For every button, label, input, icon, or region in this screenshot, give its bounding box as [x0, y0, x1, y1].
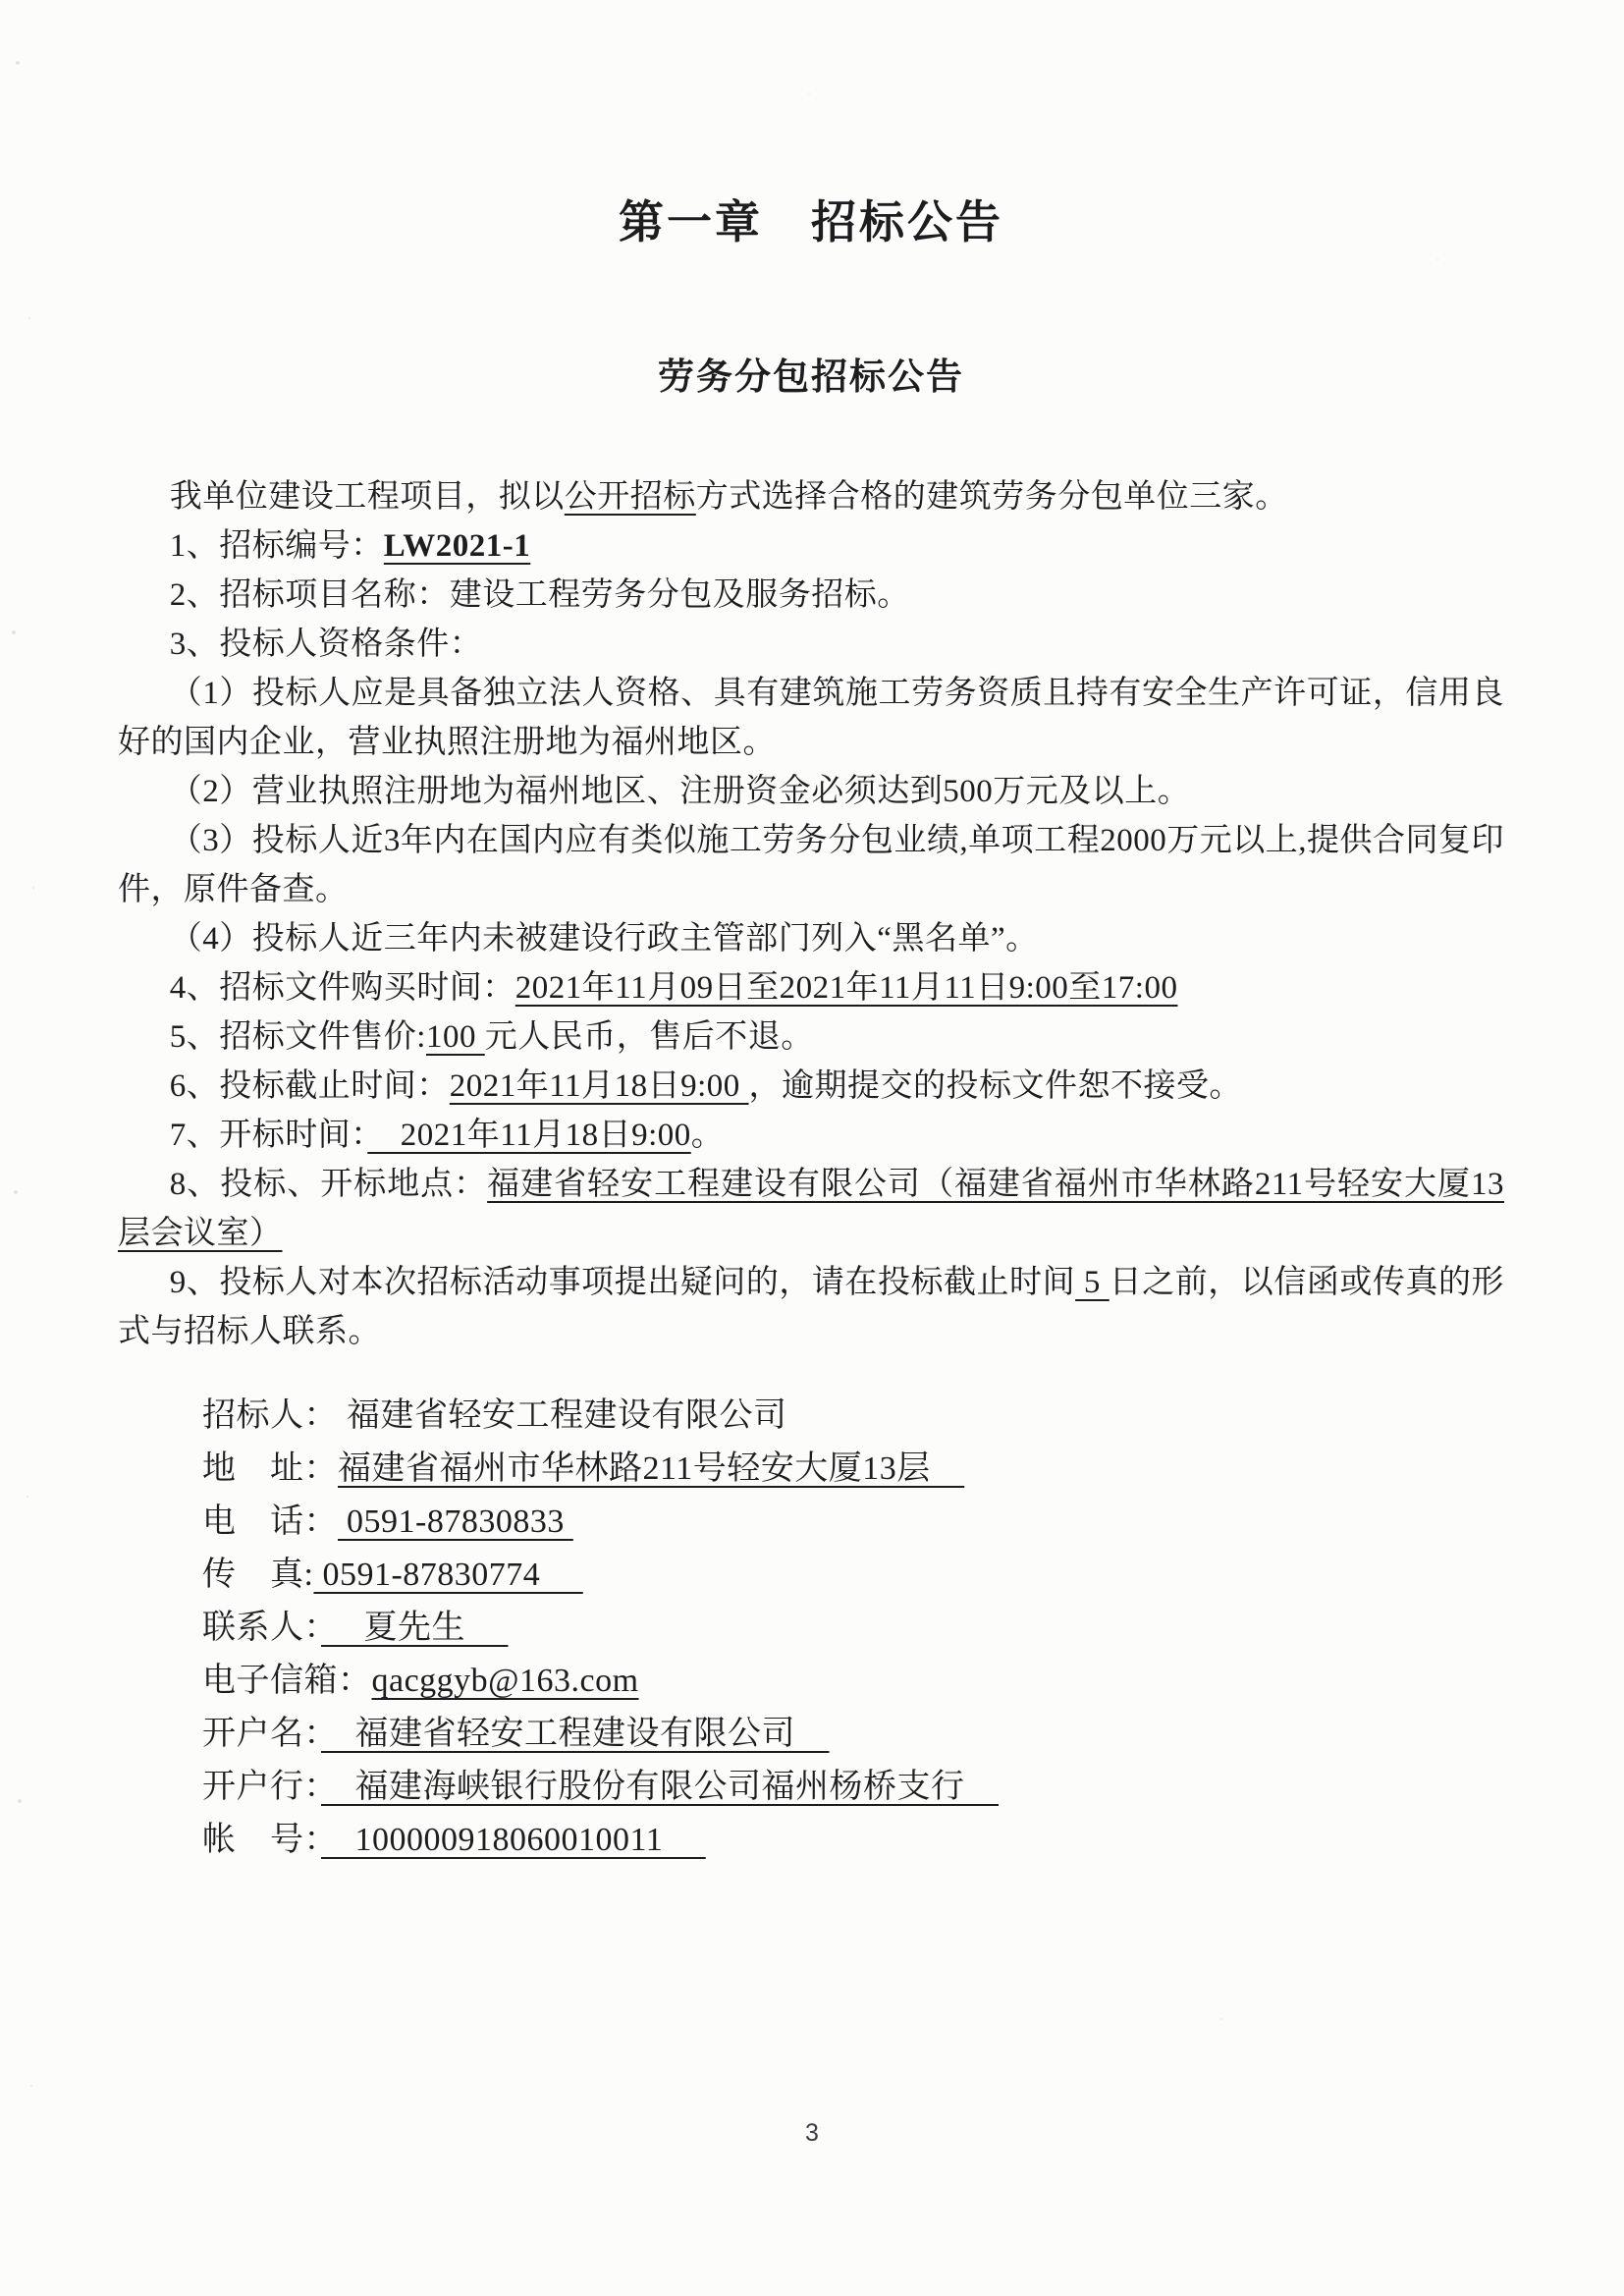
- text-segment: 6、投标截止时间：: [170, 1068, 450, 1104]
- text-segment: 方式选择合格的建筑劳务分包单位三家。: [696, 479, 1288, 515]
- intro-paragraph: 我单位建设工程项目，拟以公开招标方式选择合格的建筑劳务分包单位三家。: [118, 472, 1504, 521]
- clause-3-qualification: 3、投标人资格条件：: [118, 620, 1504, 669]
- underlined-segment: 公开招标: [565, 479, 696, 515]
- tenderer-name-value: 福建省轻安工程建设有限公司: [338, 1397, 787, 1434]
- deadline-value: 2021年11月18日9:00: [450, 1068, 749, 1104]
- price-value: 100: [426, 1019, 485, 1055]
- announcement-body: 我单位建设工程项目，拟以公开招标方式选择合格的建筑劳务分包单位三家。 1、招标编…: [118, 472, 1504, 1356]
- clause-4-purchase-time: 4、招标文件购买时间：2021年11月09日至2021年11月11日9:00至1…: [118, 963, 1504, 1012]
- clause-3-item-4: （4）投标人近三年内未被建设行政主管部门列入“黑名单”。: [118, 914, 1504, 963]
- scanned-document-page: 第一章 招标公告 劳务分包招标公告 我单位建设工程项目，拟以公开招标方式选择合格…: [0, 0, 1624, 2296]
- contact-row-person: 联系人： 夏先生: [202, 1602, 1504, 1655]
- inquiry-days-value: 5: [1075, 1265, 1110, 1300]
- text-segment: 4、招标文件购买时间：: [170, 970, 515, 1006]
- clause-3-item-3: （3）投标人近3年内在国内应有类似施工劳务分包业绩,单项工程2000万元以上,提…: [118, 816, 1504, 914]
- contact-block: 招标人： 福建省轻安工程建设有限公司 地 址：福建省福州市华林路211号轻安大厦…: [202, 1390, 1504, 1867]
- contact-person-value: 夏先生: [321, 1610, 509, 1646]
- contact-label: 地 址：: [202, 1450, 338, 1487]
- contact-row-account-name: 开户名： 福建省轻安工程建设有限公司: [202, 1708, 1504, 1761]
- clause-2-project-name: 2、招标项目名称：建设工程劳务分包及服务招标。: [118, 571, 1504, 620]
- clause-3-item-1: （1）投标人应是具备独立法人资格、具有建筑施工劳务资质且持有安全生产许可证，信用…: [118, 669, 1504, 767]
- contact-label: 帐 号：: [202, 1822, 321, 1858]
- contact-row-address: 地 址：福建省福州市华林路211号轻安大厦13层: [202, 1443, 1504, 1496]
- text-segment: （2）营业执照注册地为福州地区、注册资金必须达到500万元及以上。: [170, 774, 1191, 809]
- email-value: qacggyb@163.com: [372, 1663, 639, 1699]
- text-segment: 9、投标人对本次招标活动事项提出疑问的，请在投标截止时间: [170, 1265, 1075, 1300]
- text-segment: 8、投标、开标地点：: [170, 1167, 487, 1202]
- chapter-title: 第一章 招标公告: [118, 198, 1504, 248]
- clause-7-opening-time: 7、开标时间： 2021年11月18日9:00。: [118, 1111, 1504, 1160]
- contact-row-bank: 开户行： 福建海峡银行股份有限公司福州杨桥支行: [202, 1761, 1504, 1814]
- text-segment: （1）投标人应是具备独立法人资格、具有建筑施工劳务资质且持有安全生产许可证，信用…: [118, 676, 1504, 760]
- contact-label: 开户行：: [202, 1769, 321, 1805]
- clause-5-document-price: 5、招标文件售价:100 元人民币，售后不退。: [118, 1012, 1504, 1062]
- clause-1-tender-number: 1、招标编号：LW2021-1: [118, 521, 1504, 571]
- contact-label: 电子信箱：: [202, 1663, 372, 1699]
- text-segment: 5、招标文件售价:: [170, 1019, 426, 1055]
- text-segment: （4）投标人近三年内未被建设行政主管部门列入“黑名单”。: [170, 921, 1039, 957]
- fax-value: 0591-87830774: [313, 1557, 582, 1593]
- clause-8-location: 8、投标、开标地点：福建省轻安工程建设有限公司（福建省福州市华林路211号轻安大…: [118, 1160, 1504, 1258]
- clause-6-deadline: 6、投标截止时间：2021年11月18日9:00 ，逾期提交的投标文件恕不接受。: [118, 1062, 1504, 1111]
- opening-time-value: 2021年11月18日9:00: [367, 1118, 690, 1153]
- contact-row-account-number: 帐 号： 100000918060010011: [202, 1814, 1504, 1867]
- account-number-value: 100000918060010011: [321, 1822, 706, 1858]
- text-segment: 3、投标人资格条件：: [170, 627, 483, 662]
- contact-label: 电 话：: [202, 1503, 338, 1540]
- document-subtitle: 劳务分包招标公告: [118, 358, 1504, 399]
- text-segment: 元人民币，售后不退。: [485, 1019, 814, 1055]
- contact-row-tenderer: 招标人： 福建省轻安工程建设有限公司: [202, 1390, 1504, 1443]
- clause-3-item-2: （2）营业执照注册地为福州地区、注册资金必须达到500万元及以上。: [118, 767, 1504, 816]
- phone-value: 0591-87830833: [338, 1503, 573, 1540]
- text-segment: 7、开标时间：: [170, 1118, 368, 1153]
- clause-9-inquiry: 9、投标人对本次招标活动事项提出疑问的，请在投标截止时间 5 日之前，以信函或传…: [118, 1258, 1504, 1356]
- page-number: 3: [0, 2119, 1624, 2148]
- scan-noise-speckles: [0, 0, 8, 8]
- contact-label: 联系人：: [202, 1610, 321, 1646]
- text-segment: ，逾期提交的投标文件恕不接受。: [749, 1068, 1243, 1104]
- address-value: 福建省福州市华林路211号轻安大厦13层: [338, 1450, 964, 1487]
- contact-row-email: 电子信箱：qacggyb@163.com: [202, 1655, 1504, 1708]
- contact-row-fax: 传 真: 0591-87830774: [202, 1549, 1504, 1602]
- contact-label: 招标人：: [202, 1397, 338, 1434]
- contact-label: 开户名：: [202, 1716, 321, 1752]
- text-segment: 2、招标项目名称：建设工程劳务分包及服务招标。: [170, 577, 910, 613]
- bank-name-value: 福建海峡银行股份有限公司福州杨桥支行: [321, 1769, 999, 1805]
- tender-number-value: LW2021-1: [384, 528, 530, 564]
- text-segment: （3）投标人近3年内在国内应有类似施工劳务分包业绩,单项工程2000万元以上,提…: [118, 823, 1504, 907]
- purchase-time-value: 2021年11月09日至2021年11月11日9:00至17:00: [515, 970, 1178, 1006]
- document-content: 第一章 招标公告 劳务分包招标公告 我单位建设工程项目，拟以公开招标方式选择合格…: [118, 0, 1504, 1867]
- account-name-value: 福建省轻安工程建设有限公司: [321, 1716, 830, 1752]
- contact-label: 传 真:: [202, 1557, 313, 1593]
- contact-row-phone: 电 话： 0591-87830833: [202, 1496, 1504, 1549]
- text-segment: 1、招标编号：: [170, 528, 384, 564]
- text-segment: 我单位建设工程项目，拟以: [170, 479, 565, 515]
- text-segment: 。: [691, 1118, 725, 1153]
